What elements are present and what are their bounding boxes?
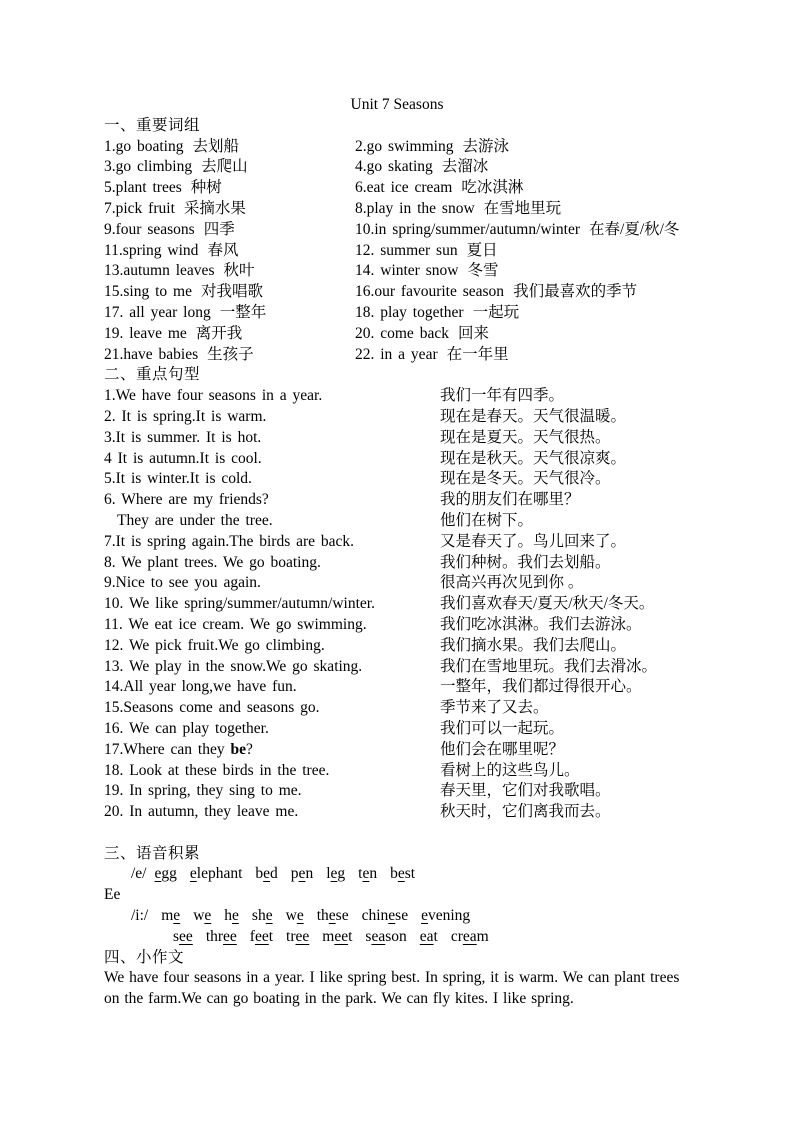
underlined-letters: e [190, 865, 197, 882]
sentence-row: 17.Where can they be?他们会在哪里呢？ [104, 740, 793, 761]
sentence-row: 7.It is spring again.The birds are back.… [104, 532, 793, 553]
phonics-words-i: meweheshewethesechineseevening [161, 907, 483, 924]
underlined-letters: e [232, 907, 239, 924]
phrase-chinese: 在春/夏/秋/冬 [589, 221, 679, 238]
phrase-chinese: 吃冰淇淋 [461, 179, 523, 196]
sentence-row: 18. Look at these birds in the tree.看树上的… [104, 761, 793, 782]
phrase-chinese: 采摘水果 [184, 200, 246, 217]
phrase-english: 18. play together [355, 304, 464, 321]
sentence-row: 16. We can play together.我们可以一起玩。 [104, 719, 793, 740]
underlined-letters: e [331, 865, 338, 882]
phrase-english: 10.in spring/summer/autumn/winter [355, 221, 580, 238]
underlined-letters: ee [255, 928, 269, 945]
sentence-english: 10. We like spring/summer/autumn/winter. [104, 594, 440, 615]
underlined-letters: ee [296, 928, 310, 945]
underlined-letters: ea [463, 928, 477, 945]
phrase-chinese: 对我唱歌 [201, 283, 263, 300]
document-page: Unit 7 Seasons 一、重要词组 1.go boating去划船2.g… [0, 0, 793, 1122]
phrase-row: 5.plant trees种树6.eat ice cream吃冰淇淋 [104, 178, 793, 199]
underlined-letters: ee [179, 928, 193, 945]
sentence-row: 2. It is spring.It is warm.现在是春天。天气很温暖。 [104, 407, 793, 428]
underlined-letters: e [329, 907, 336, 924]
phonics-word: see [173, 928, 193, 945]
phonics-word: ten [358, 865, 377, 882]
sentence-row: 15.Seasons come and seasons go.季节来了又去。 [104, 698, 793, 719]
phrase-english: 1.go boating [104, 138, 184, 155]
phrase-item: 5.plant trees种树 [104, 178, 355, 199]
sentence-chinese: 他们会在哪里呢？ [440, 740, 564, 761]
sentence-english: 18. Look at these birds in the tree. [104, 761, 440, 782]
sentence-row: 4 It is autumn.It is cool.现在是秋天。天气很凉爽。 [104, 449, 793, 470]
phonics-word: we [286, 907, 304, 924]
phrase-item: 12. summer sun夏日 [355, 241, 498, 262]
phrase-english: 22. in a year [355, 346, 438, 363]
phrase-english: 17. all year long [104, 304, 211, 321]
phrase-chinese: 四季 [204, 221, 235, 238]
sentence-chinese: 一整年，我们都过得很开心。 [440, 677, 642, 698]
essay-text: We have four seasons in a year. I like s… [104, 968, 694, 1010]
phonics-word: chinese [362, 907, 409, 924]
phrase-item: 21.have babies生孩子 [104, 345, 355, 366]
phrase-chinese: 去爬山 [201, 158, 248, 175]
underlined-letters: ea [420, 928, 434, 945]
sentence-chinese: 现在是秋天。天气很凉爽。 [440, 449, 626, 470]
phrase-item: 11.spring wind春风 [104, 241, 355, 262]
phonics-word: he [224, 907, 239, 924]
sentence-row: 11. We eat ice cream. We go swimming.我们吃… [104, 615, 793, 636]
sentence-english: 14.All year long,we have fun. [104, 677, 440, 698]
sentence-chinese: 秋天时，它们离我而去。 [440, 802, 611, 823]
phrase-chinese: 在雪地里玩 [484, 200, 562, 217]
phrase-english: 14. winter snow [355, 262, 458, 279]
sentence-english: 19. In spring, they sing to me. [104, 781, 440, 802]
phrase-item: 10.in spring/summer/autumn/winter在春/夏/秋/… [355, 220, 679, 241]
sentence-english: 2. It is spring.It is warm. [104, 407, 440, 428]
phonics-word: three [206, 928, 237, 945]
phrase-item: 9.four seasons四季 [104, 220, 355, 241]
sentence-english: 12. We pick fruit.We go climbing. [104, 636, 440, 657]
phrase-chinese: 种树 [191, 179, 222, 196]
sentence-chinese: 现在是春天。天气很温暖。 [440, 407, 626, 428]
sentence-row: 9.Nice to see you again.很高兴再次见到你 。 [104, 573, 793, 594]
phonics-words-e: eggelephantbedpenlegtenbest [155, 865, 429, 882]
phonics-word: cream [451, 928, 489, 945]
phrase-row: 7.pick fruit采摘水果8.play in the snow在雪地里玩 [104, 199, 793, 220]
phrase-item: 17. all year long一整年 [104, 303, 355, 324]
phonics-word: pen [291, 865, 313, 882]
phrase-item: 19. leave me离开我 [104, 324, 355, 345]
sentence-english: 17.Where can they be? [104, 740, 440, 761]
sentence-chinese: 春天里，它们对我歌唱。 [440, 781, 611, 802]
phrase-row: 13.autumn leaves秋叶14. winter snow冬雪 [104, 261, 793, 282]
blank-line [104, 823, 793, 844]
section-heading-essay: 四、小作文 [104, 948, 793, 969]
phonics-word: she [252, 907, 273, 924]
phrase-english: 21.have babies [104, 346, 198, 363]
underlined-letters: e [266, 907, 273, 924]
sentence-chinese: 我们摘水果。我们去爬山。 [440, 636, 626, 657]
phrase-english: 16.our favourite season [355, 283, 504, 300]
phonics-word: evening [421, 907, 470, 924]
underlined-letters: ee [223, 928, 237, 945]
underlined-letters: e [263, 865, 270, 882]
phrase-chinese: 秋叶 [223, 262, 254, 279]
phonics-word: me [161, 907, 180, 924]
phrase-english: 19. leave me [104, 325, 187, 342]
phonics-word: egg [155, 865, 177, 882]
underlined-letters: ea [371, 928, 385, 945]
sentence-chinese: 我们可以一起玩。 [440, 719, 564, 740]
sentence-row: They are under the tree.他们在树下。 [104, 511, 793, 532]
underlined-letters: e [398, 865, 405, 882]
phrase-english: 3.go climbing [104, 158, 192, 175]
phrase-item: 13.autumn leaves秋叶 [104, 261, 355, 282]
phrase-chinese: 我们最喜欢的季节 [513, 283, 637, 300]
sentence-chinese: 我们种树。我们去划船。 [440, 553, 611, 574]
phonics-word: we [193, 907, 211, 924]
sentence-chinese: 现在是夏天。天气很热。 [440, 428, 611, 449]
sentence-row: 19. In spring, they sing to me.春天里，它们对我歌… [104, 781, 793, 802]
sentence-english: 1.We have four seasons in a year. [104, 386, 440, 407]
ipa-e-label: /e/ [131, 864, 147, 885]
phrase-item: 6.eat ice cream吃冰淇淋 [355, 178, 523, 199]
sentence-row: 13. We play in the snow.We go skating.我们… [104, 657, 793, 678]
phrase-row: 21.have babies生孩子22. in a year在一年里 [104, 345, 793, 366]
phrase-english: 6.eat ice cream [355, 179, 452, 196]
sentence-chinese: 我们喜欢春天/夏天/秋天/冬天。 [440, 594, 654, 615]
sentence-chinese: 我们在雪地里玩。我们去滑冰。 [440, 657, 657, 678]
sentence-english: 4 It is autumn.It is cool. [104, 449, 440, 470]
phrase-english: 5.plant trees [104, 179, 182, 196]
sentence-english: 3.It is summer. It is hot. [104, 428, 440, 449]
sentence-row: 14.All year long,we have fun.一整年，我们都过得很开… [104, 677, 793, 698]
ipa-i-label: /i:/ [131, 906, 148, 927]
phonics-row-i: /i:/meweheshewethesechineseevening [104, 906, 793, 927]
sentence-chinese: 我们一年有四季。 [440, 386, 564, 407]
phrase-row: 17. all year long一整年18. play together一起玩 [104, 303, 793, 324]
sentence-chinese: 他们在树下。 [440, 511, 533, 532]
phrase-english: 12. summer sun [355, 242, 458, 259]
phrase-english: 13.autumn leaves [104, 262, 214, 279]
phrase-item: 22. in a year在一年里 [355, 345, 509, 366]
phrase-chinese: 一整年 [220, 304, 267, 321]
phrase-chinese: 回来 [458, 325, 489, 342]
sentence-row: 20. In autumn, they leave me.秋天时，它们离我而去。 [104, 802, 793, 823]
sentence-chinese: 季节来了又去。 [440, 698, 549, 719]
phonics-letter: Ee [104, 885, 793, 906]
underlined-letters: e [155, 865, 162, 882]
phrase-english: 15.sing to me [104, 283, 192, 300]
phonics-word: best [390, 865, 415, 882]
phrase-chinese: 一起玩 [473, 304, 520, 321]
phrase-item: 14. winter snow冬雪 [355, 261, 498, 282]
phrase-item: 4.go skating去溜冰 [355, 157, 488, 178]
phonics-word: bed [255, 865, 277, 882]
sentence-english: 11. We eat ice cream. We go swimming. [104, 615, 440, 636]
phrase-english: 11.spring wind [104, 242, 198, 259]
sentence-english: 6. Where are my friends? [104, 490, 440, 511]
phonics-words-i2: seethreefeettreemeetseasoneatcream [173, 928, 502, 945]
section-heading-sentences: 二、重点句型 [104, 365, 793, 386]
phonics-row-i2: seethreefeettreemeetseasoneatcream [104, 927, 793, 948]
phrase-row: 19. leave me离开我20. come back回来 [104, 324, 793, 345]
phrase-chinese: 去划船 [193, 138, 240, 155]
phonics-row-e: /e/eggelephantbedpenlegtenbest [104, 864, 793, 885]
phonics-word: elephant [190, 865, 243, 882]
phrase-item: 1.go boating去划船 [104, 137, 355, 158]
sentence-chinese: 很高兴再次见到你 。 [440, 573, 583, 594]
underlined-letters: e [204, 907, 211, 924]
phrase-chinese: 夏日 [467, 242, 498, 259]
sentence-row: 12. We pick fruit.We go climbing.我们摘水果。我… [104, 636, 793, 657]
sentence-english: 13. We play in the snow.We go skating. [104, 657, 440, 678]
sentence-english: 20. In autumn, they leave me. [104, 802, 440, 823]
page-title: Unit 7 Seasons [104, 95, 690, 116]
sentence-english: 16. We can play together. [104, 719, 440, 740]
sentence-chinese: 看树上的这些鸟儿。 [440, 761, 580, 782]
sentence-row: 3.It is summer. It is hot.现在是夏天。天气很热。 [104, 428, 793, 449]
phrase-english: 8.play in the snow [355, 200, 475, 217]
underlined-letters: e [297, 907, 304, 924]
phrase-row: 15.sing to me对我唱歌16.our favourite season… [104, 282, 793, 303]
phonics-word: meet [322, 928, 352, 945]
sentence-chinese: 我们吃冰淇淋。我们去游泳。 [440, 615, 642, 636]
phrase-row: 3.go climbing去爬山4.go skating去溜冰 [104, 157, 793, 178]
phrase-list: 1.go boating去划船2.go swimming去游泳3.go clim… [104, 137, 793, 366]
phrase-item: 7.pick fruit采摘水果 [104, 199, 355, 220]
underlined-letters: e [388, 907, 395, 924]
phrase-item: 15.sing to me对我唱歌 [104, 282, 355, 303]
phrase-item: 8.play in the snow在雪地里玩 [355, 199, 561, 220]
phrase-row: 11.spring wind春风12. summer sun夏日 [104, 241, 793, 262]
phonics-word: season [365, 928, 406, 945]
phonics-block: /e/eggelephantbedpenlegtenbest Ee /i:/me… [104, 864, 793, 947]
phrase-english: 20. come back [355, 325, 449, 342]
sentence-row: 10. We like spring/summer/autumn/winter.… [104, 594, 793, 615]
sentence-english: 5.It is winter.It is cold. [104, 469, 440, 490]
phonics-word: tree [286, 928, 309, 945]
phrase-english: 7.pick fruit [104, 200, 175, 217]
sentence-chinese: 现在是冬天。天气很冷。 [440, 469, 611, 490]
phonics-word: leg [326, 865, 345, 882]
sentence-list: 1.We have four seasons in a year.我们一年有四季… [104, 386, 793, 823]
phrase-chinese: 冬雪 [467, 262, 498, 279]
phonics-word: feet [250, 928, 273, 945]
sentence-english: 15.Seasons come and seasons go. [104, 698, 440, 719]
phonics-word: these [317, 907, 349, 924]
underlined-letters: e [362, 865, 369, 882]
sentence-chinese: 又是春天了。鸟儿回来了。 [440, 532, 626, 553]
underlined-letters: e [299, 865, 306, 882]
phrase-chinese: 在一年里 [447, 346, 509, 363]
phrase-english: 4.go skating [355, 158, 433, 175]
sentence-row: 1.We have four seasons in a year.我们一年有四季… [104, 386, 793, 407]
sentence-english: 9.Nice to see you again. [104, 573, 440, 594]
sentence-row: 6. Where are my friends?我的朋友们在哪里？ [104, 490, 793, 511]
phrase-chinese: 生孩子 [207, 346, 254, 363]
section-heading-phrases: 一、重要词组 [104, 116, 793, 137]
phrase-chinese: 春风 [207, 242, 238, 259]
section-heading-phonics: 三、语音积累 [104, 844, 793, 865]
sentence-english: They are under the tree. [104, 511, 440, 532]
sentence-row: 8. We plant trees. We go boating.我们种树。我们… [104, 553, 793, 574]
phrase-row: 9.four seasons四季10.in spring/summer/autu… [104, 220, 793, 241]
phrase-english: 9.four seasons [104, 221, 195, 238]
phrase-item: 3.go climbing去爬山 [104, 157, 355, 178]
sentence-english: 8. We plant trees. We go boating. [104, 553, 440, 574]
phrase-row: 1.go boating去划船2.go swimming去游泳 [104, 137, 793, 158]
sentence-english: 7.It is spring again.The birds are back. [104, 532, 440, 553]
sentence-row: 5.It is winter.It is cold.现在是冬天。天气很冷。 [104, 469, 793, 490]
phrase-chinese: 离开我 [196, 325, 243, 342]
phonics-word: eat [420, 928, 438, 945]
underlined-letters: ee [334, 928, 348, 945]
phrase-item: 2.go swimming去游泳 [355, 137, 509, 158]
phrase-chinese: 去游泳 [462, 138, 509, 155]
phrase-chinese: 去溜冰 [442, 158, 489, 175]
phrase-item: 20. come back回来 [355, 324, 489, 345]
underlined-letters: e [173, 907, 180, 924]
sentence-chinese: 我的朋友们在哪里？ [440, 490, 580, 511]
phrase-item: 16.our favourite season我们最喜欢的季节 [355, 282, 637, 303]
phrase-english: 2.go swimming [355, 138, 453, 155]
phrase-item: 18. play together一起玩 [355, 303, 519, 324]
underlined-letters: e [421, 907, 428, 924]
